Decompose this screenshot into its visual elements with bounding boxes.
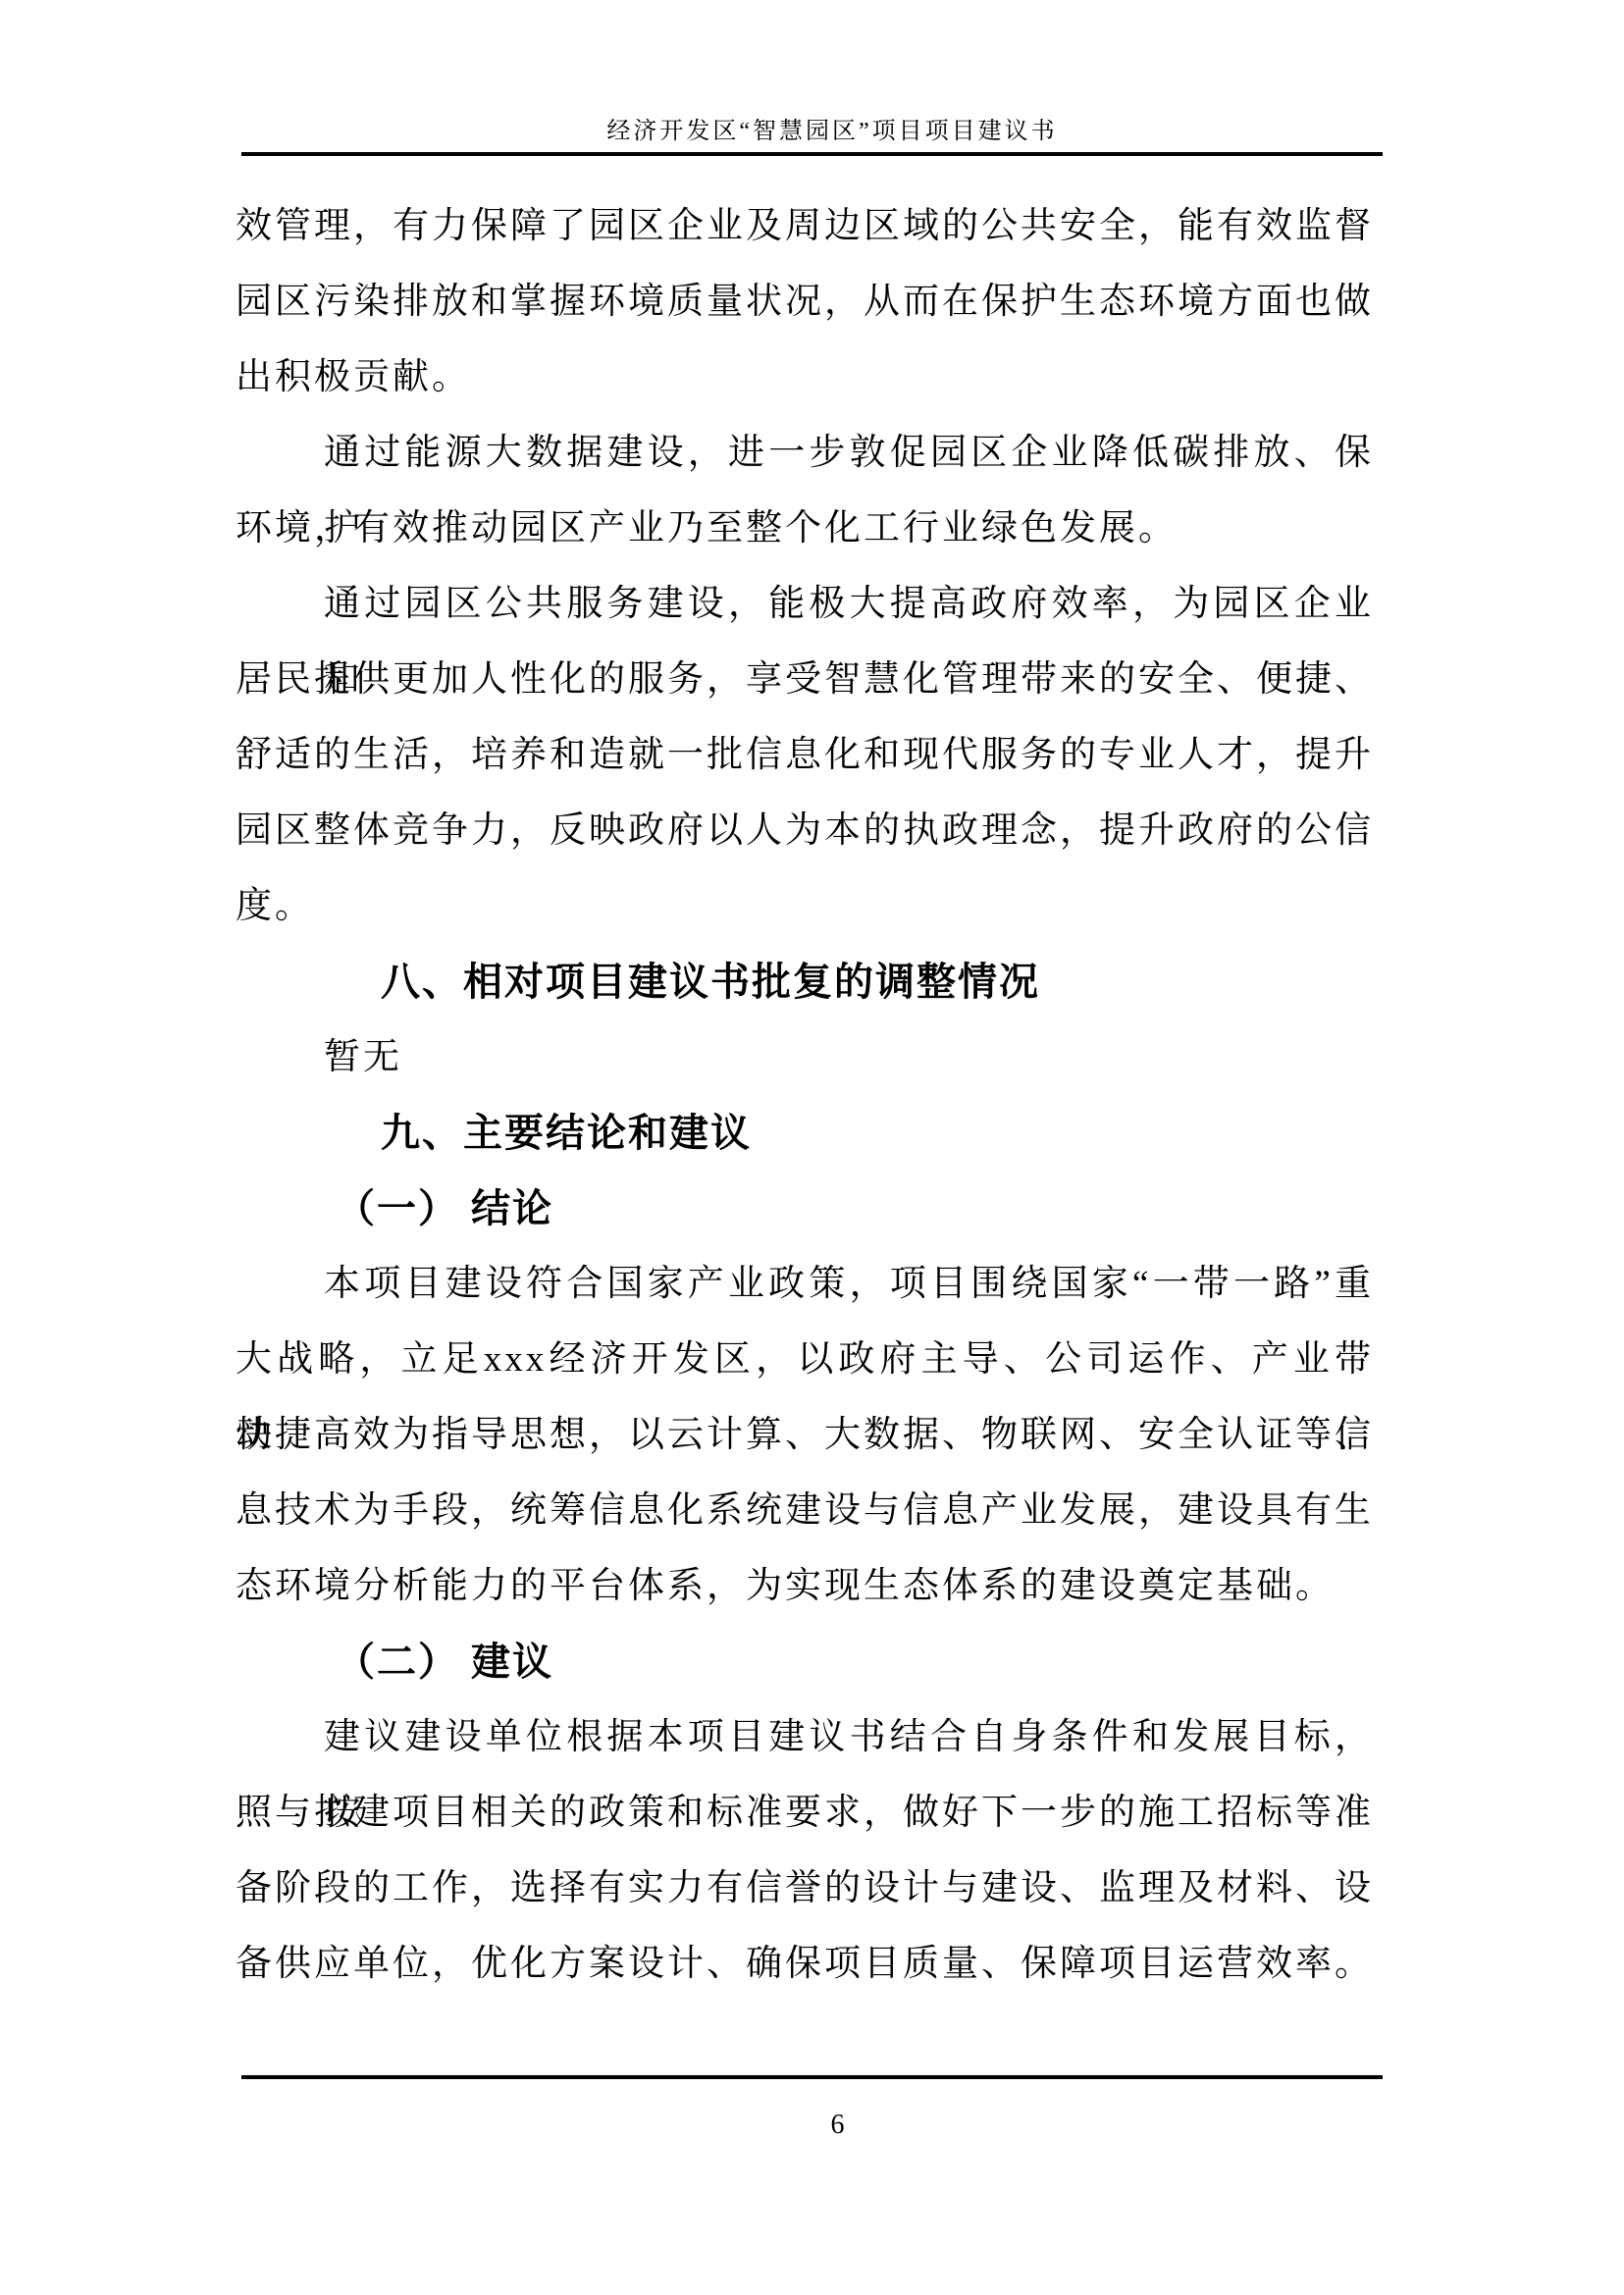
subsection-heading-suggestion: （二） 建议 <box>236 1624 1374 1699</box>
body-line: 环境，有效推动园区产业乃至整个化工行业绿色发展。 <box>236 491 1374 566</box>
header-rule <box>241 152 1383 156</box>
document-body: 效管理，有力保障了园区企业及周边区域的公共安全，能有效监督 园区污染排放和掌握环… <box>236 188 1374 2002</box>
body-line: 建议建设单位根据本项目建议书结合自身条件和发展目标，按 <box>236 1699 1374 1775</box>
body-line: 备供应单位，优化方案设计、确保项目质量、保障项目运营效率。 <box>236 1926 1374 2002</box>
paragraph: 通过园区公共服务建设，能极大提高政府效率，为园区企业和 居民提供更加人性化的服务… <box>236 566 1374 944</box>
body-line: 快捷高效为指导思想，以云计算、大数据、物联网、安全认证等信 <box>236 1397 1374 1473</box>
section-heading-8: 八、相对项目建议书批复的调整情况 <box>236 944 1374 1019</box>
body-line: 出积极贡献。 <box>236 339 1374 415</box>
body-line: 园区污染排放和掌握环境质量状况，从而在保护生态环境方面也做 <box>236 264 1374 339</box>
body-line: 居民提供更加人性化的服务，享受智慧化管理带来的安全、便捷、 <box>236 642 1374 717</box>
body-line: 态环境分析能力的平台体系，为实现生态体系的建设奠定基础。 <box>236 1548 1374 1624</box>
body-line: 备阶段的工作，选择有实力有信誉的设计与建设、监理及材料、设 <box>236 1851 1374 1926</box>
body-line: 息技术为手段，统筹信息化系统建设与信息产业发展，建设具有生 <box>236 1473 1374 1548</box>
body-line: 效管理，有力保障了园区企业及周边区域的公共安全，能有效监督 <box>236 188 1374 264</box>
body-line: 通过园区公共服务建设，能极大提高政府效率，为园区企业和 <box>236 566 1374 642</box>
paragraph: 通过能源大数据建设，进一步敦促园区企业降低碳排放、保护 环境，有效推动园区产业乃… <box>236 415 1374 566</box>
footer-rule <box>241 2075 1383 2079</box>
body-line: 园区整体竞争力，反映政府以人为本的执政理念，提升政府的公信 <box>236 793 1374 868</box>
page-header-title: 经济开发区“智慧园区”项目项目建议书 <box>263 114 1401 149</box>
body-line: 本项目建设符合国家产业政策，项目围绕国家“一带一路”重 <box>236 1246 1374 1322</box>
body-line: 照与拟建项目相关的政策和标准要求，做好下一步的施工招标等准 <box>236 1775 1374 1851</box>
paragraph: 暂无 <box>236 1019 1374 1095</box>
document-page: 经济开发区“智慧园区”项目项目建议书 效管理，有力保障了园区企业及周边区域的公共… <box>0 0 1624 2295</box>
subsection-heading-conclusion: （一） 结论 <box>236 1171 1374 1246</box>
body-line: 通过能源大数据建设，进一步敦促园区企业降低碳排放、保护 <box>236 415 1374 491</box>
paragraph: 本项目建设符合国家产业政策，项目围绕国家“一带一路”重 大战略，立足xxx经济开… <box>236 1246 1374 1624</box>
section-heading-9: 九、主要结论和建议 <box>236 1095 1374 1171</box>
paragraph: 建议建设单位根据本项目建议书结合自身条件和发展目标，按 照与拟建项目相关的政策和… <box>236 1699 1374 2002</box>
body-line: 度。 <box>236 868 1374 944</box>
body-line: 大战略，立足xxx经济开发区，以政府主导、公司运作、产业带动、 <box>236 1322 1374 1397</box>
body-line: 舒适的生活，培养和造就一批信息化和现代服务的专业人才，提升 <box>236 717 1374 793</box>
paragraph: 效管理，有力保障了园区企业及周边区域的公共安全，能有效监督 园区污染排放和掌握环… <box>236 188 1374 415</box>
body-line: 暂无 <box>236 1019 1374 1095</box>
page-number: 6 <box>0 2108 1624 2143</box>
